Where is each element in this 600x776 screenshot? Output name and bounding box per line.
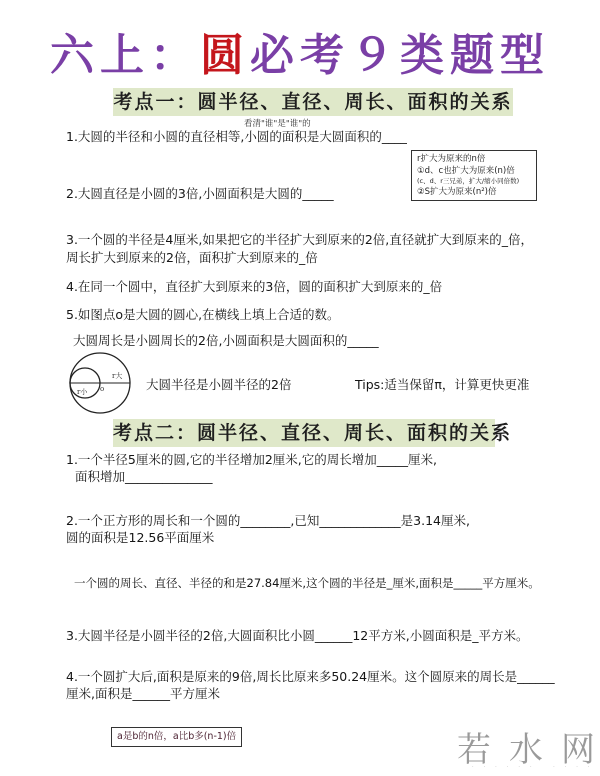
label-r-big: r大 xyxy=(112,371,122,380)
s1-note-box: r扩大为原来的n倍 ①d、c也扩大为原来(n)倍 (c、d、r三兄弟，扩大/缩小… xyxy=(411,150,537,201)
page-title: 六上：圆必考９类题型 xyxy=(0,28,600,84)
title-highlight: 圆 xyxy=(200,30,250,81)
s1-question-4: 4.在同一个圆中，直径扩大到原来的3倍，圆的面积扩大到原来的_倍 xyxy=(66,278,442,295)
s2-question-1b: 面积增加______________ xyxy=(75,468,213,485)
s1-question-2: 2.大圆直径是小圆的3倍,小圆面积是大圆的_____ xyxy=(66,185,334,202)
s2-question-3: 3.大圆半径是小圆半径的2倍,大圆面积比小圆______12平方米,小圆面积是_… xyxy=(66,627,528,644)
s1-question-3b: 周长扩大到原来的2倍，面积扩大到原来的_倍 xyxy=(66,249,318,266)
note-line-4: ②S扩大为原来(n²)倍 xyxy=(417,186,531,198)
s1-question-1: 1.大圆的半径和小圆的直径相等,小圆的面积是大圆面积的____ xyxy=(66,128,407,145)
s2-note-box: a是b的n倍，a比b多(n-1)倍 xyxy=(111,727,242,747)
s1-question-3a: 3.一个圆的半径是4厘米,如果把它的半径扩大到原来的2倍,直径就扩大到原来的_倍… xyxy=(66,231,533,248)
note-line-1: r扩大为原来的n倍 xyxy=(417,153,531,165)
s2-question-4a: 4.一个圆扩大后,面积是原来的9倍,周长比原来多50.24厘米。这个圆原来的周长… xyxy=(66,668,555,685)
s2-question-2b: 圆的面积是12.56平面厘米 xyxy=(66,529,214,546)
s2-question-1a: 1.一个半径5厘米的圆,它的半径增加2厘米,它的周长增加_____厘米, xyxy=(66,451,437,468)
section2-header: 考点二：圆半径、直径、周长、面积的关系 xyxy=(113,419,495,447)
tips-text: Tips:适当保留π，计算更快更准 xyxy=(355,376,529,393)
title-suffix: 必考９类题型 xyxy=(250,30,550,81)
s1-question-5-sub: 大圆周长是小圆周长的2倍,小圆面积是大圆面积的_____ xyxy=(73,332,379,349)
section1-header: 考点一：圆半径、直径、周长、面积的关系 xyxy=(113,88,513,116)
label-center: o xyxy=(100,385,104,393)
s1-question-5: 5.如图点o是大圆的圆心,在横线上填上合适的数。 xyxy=(66,306,340,323)
s2-question-4b: 厘米,面积是______平方厘米 xyxy=(66,685,220,702)
watermark-subtext: ······ ······· ······· xyxy=(472,764,600,770)
note-line-2: ①d、c也扩大为原来(n)倍 xyxy=(417,165,531,177)
s2-question-2c: 一个圆的周长、直径、半径的和是27.84厘米,这个圆的半径是_厘米,面积是___… xyxy=(74,575,540,592)
circle-diagram: r大 r小 o xyxy=(60,350,140,418)
diagram-caption: 大圆半径是小圆半径的2倍 xyxy=(146,376,291,393)
note-line-3: (c、d、r三兄弟，扩大/缩小同倍数) xyxy=(417,177,531,186)
title-prefix: 六上： xyxy=(50,30,200,81)
label-r-small: r小 xyxy=(77,387,88,396)
s2-question-2a: 2.一个正方形的周长和一个圆的________,已知_____________是… xyxy=(66,512,470,529)
